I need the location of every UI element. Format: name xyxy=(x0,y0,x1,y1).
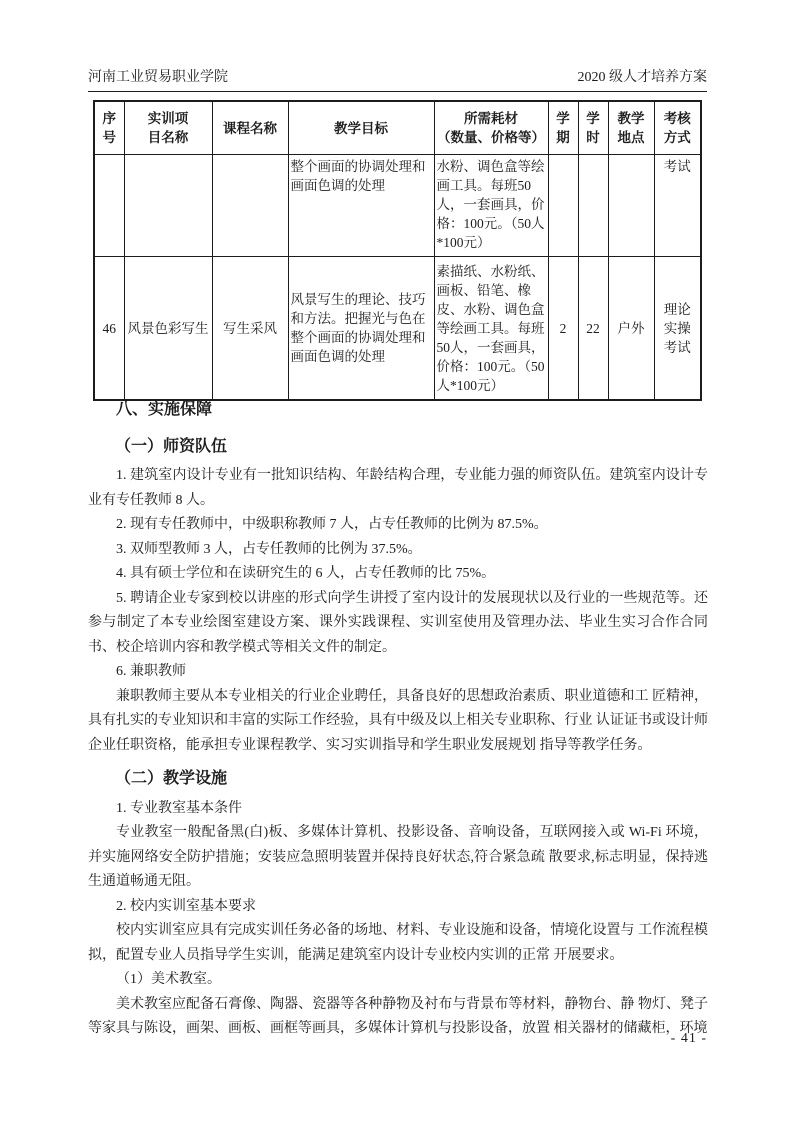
section-heading: 八、实施保障 xyxy=(88,398,708,423)
body-paragraph: 4. 具有硕士学位和在读研究生的 6 人，占专任教师的比 75%。 xyxy=(88,562,708,587)
col-header-project: 实训项 目名称 xyxy=(124,101,212,155)
cell-assessment: 考试 xyxy=(654,155,701,257)
body-paragraph: （1）美术教室。 xyxy=(88,968,708,993)
col-header-hours: 学 时 xyxy=(578,101,608,155)
body-paragraph: 校内实训室应具有完成实训任务必备的场地、材料、专业设施和设备，情境化设置与 工作… xyxy=(88,919,708,968)
page-number: - 41 - xyxy=(671,1031,707,1047)
body-paragraph: 6. 兼职教师 xyxy=(88,660,708,685)
col-header-goal: 教学目标 xyxy=(288,101,434,155)
cell-materials: 水粉、调色盒等绘画工具。每班50人，一套画具，价格：100元。（50人*100元… xyxy=(434,155,548,257)
cell-location xyxy=(608,155,654,257)
cell-project xyxy=(124,155,212,257)
cell-hours: 22 xyxy=(578,257,608,401)
cell-project: 风景色彩写生 xyxy=(124,257,212,401)
table-row-46: 46 风景色彩写生 写生采风 风景写生的理论、技巧和方法。把握光与色在整个画面的… xyxy=(94,257,701,401)
document-page: 河南工业贸易职业学院 2020 级人才培养方案 序 号 实训项 目名称 课程名称… xyxy=(0,0,793,1122)
body-paragraph: 美术教室应配备石膏像、陶器、瓷器等各种静物及衬布与背景布等材料，静物台、静 物灯… xyxy=(88,993,708,1042)
cell-goal: 风景写生的理论、技巧和方法。把握光与色在整个画面的协调处理和画面色调的处理 xyxy=(288,257,434,401)
body-paragraph: 1. 建筑室内设计专业有一批知识结构、年龄结构合理，专业能力强的师资队伍。建筑室… xyxy=(88,464,708,513)
subsection-heading-faculty: （一）师资队伍 xyxy=(88,435,708,460)
col-header-location: 教学 地点 xyxy=(608,101,654,155)
cell-assessment: 理论 实操 考试 xyxy=(654,257,701,401)
cell-term xyxy=(548,155,578,257)
cell-location: 户外 xyxy=(608,257,654,401)
col-header-assessment: 考核 方式 xyxy=(654,101,701,155)
col-header-course: 课程名称 xyxy=(212,101,288,155)
table-row-continuation: 整个画面的协调处理和画面色调的处理 水粉、调色盒等绘画工具。每班50人，一套画具… xyxy=(94,155,701,257)
body-paragraph: 2. 校内实训室基本要求 xyxy=(88,895,708,920)
subsection-heading-facilities: （二）教学设施 xyxy=(88,767,708,792)
cell-course: 写生采风 xyxy=(212,257,288,401)
cell-hours xyxy=(578,155,608,257)
body-paragraph: 兼职教师主要从本专业相关的行业企业聘任，具备良好的思想政治素质、职业道德和工 匠… xyxy=(88,685,708,759)
cell-serial: 46 xyxy=(94,257,124,401)
cell-materials: 素描纸、水粉纸、画板、铅笔、橡皮、水粉、调色盒等绘画工具。每班50人，一套画具，… xyxy=(434,257,548,401)
header-doc-title: 2020 级人才培养方案 xyxy=(578,66,708,86)
body-paragraph: 2. 现有专任教师中，中级职称教师 7 人，占专任教师的比例为 87.5%。 xyxy=(88,513,708,538)
body-paragraph: 1. 专业教室基本条件 xyxy=(88,797,708,822)
cell-term: 2 xyxy=(548,257,578,401)
training-table: 序 号 实训项 目名称 课程名称 教学目标 所需耗材 （数量、价格等） 学 期 … xyxy=(93,100,702,401)
col-header-serial: 序 号 xyxy=(94,101,124,155)
body-paragraph: 5. 聘请企业专家到校以讲座的形式向学生讲授了室内设计的发展现状以及行业的一些规… xyxy=(88,587,708,661)
col-header-materials: 所需耗材 （数量、价格等） xyxy=(434,101,548,155)
table-header-row: 序 号 实训项 目名称 课程名称 教学目标 所需耗材 （数量、价格等） 学 期 … xyxy=(94,101,701,155)
doc-body: 八、实施保障 （一）师资队伍 1. 建筑室内设计专业有一批知识结构、年龄结构合理… xyxy=(88,398,708,1042)
cell-serial xyxy=(94,155,124,257)
doc-header: 河南工业贸易职业学院 2020 级人才培养方案 xyxy=(88,66,707,92)
body-paragraph: 专业教室一般配备黑(白)板、多媒体计算机、投影设备、音响设备，互联网接入或 Wi… xyxy=(88,821,708,895)
cell-course xyxy=(212,155,288,257)
body-paragraph: 3. 双师型教师 3 人，占专任教师的比例为 37.5%。 xyxy=(88,538,708,563)
header-school-name: 河南工业贸易职业学院 xyxy=(88,66,228,86)
col-header-term: 学 期 xyxy=(548,101,578,155)
cell-goal: 整个画面的协调处理和画面色调的处理 xyxy=(288,155,434,257)
